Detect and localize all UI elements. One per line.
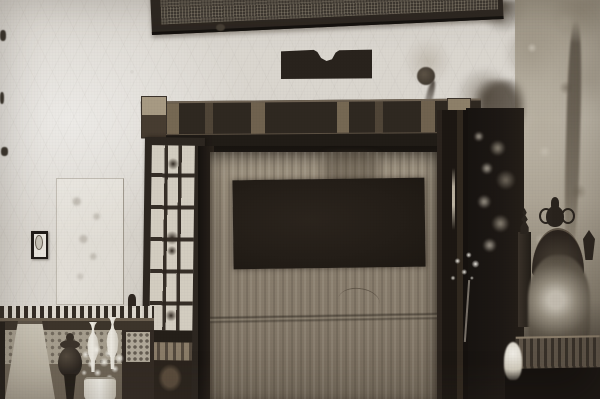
photograph: [0, 0, 600, 399]
vignette-overlay: [0, 0, 600, 399]
